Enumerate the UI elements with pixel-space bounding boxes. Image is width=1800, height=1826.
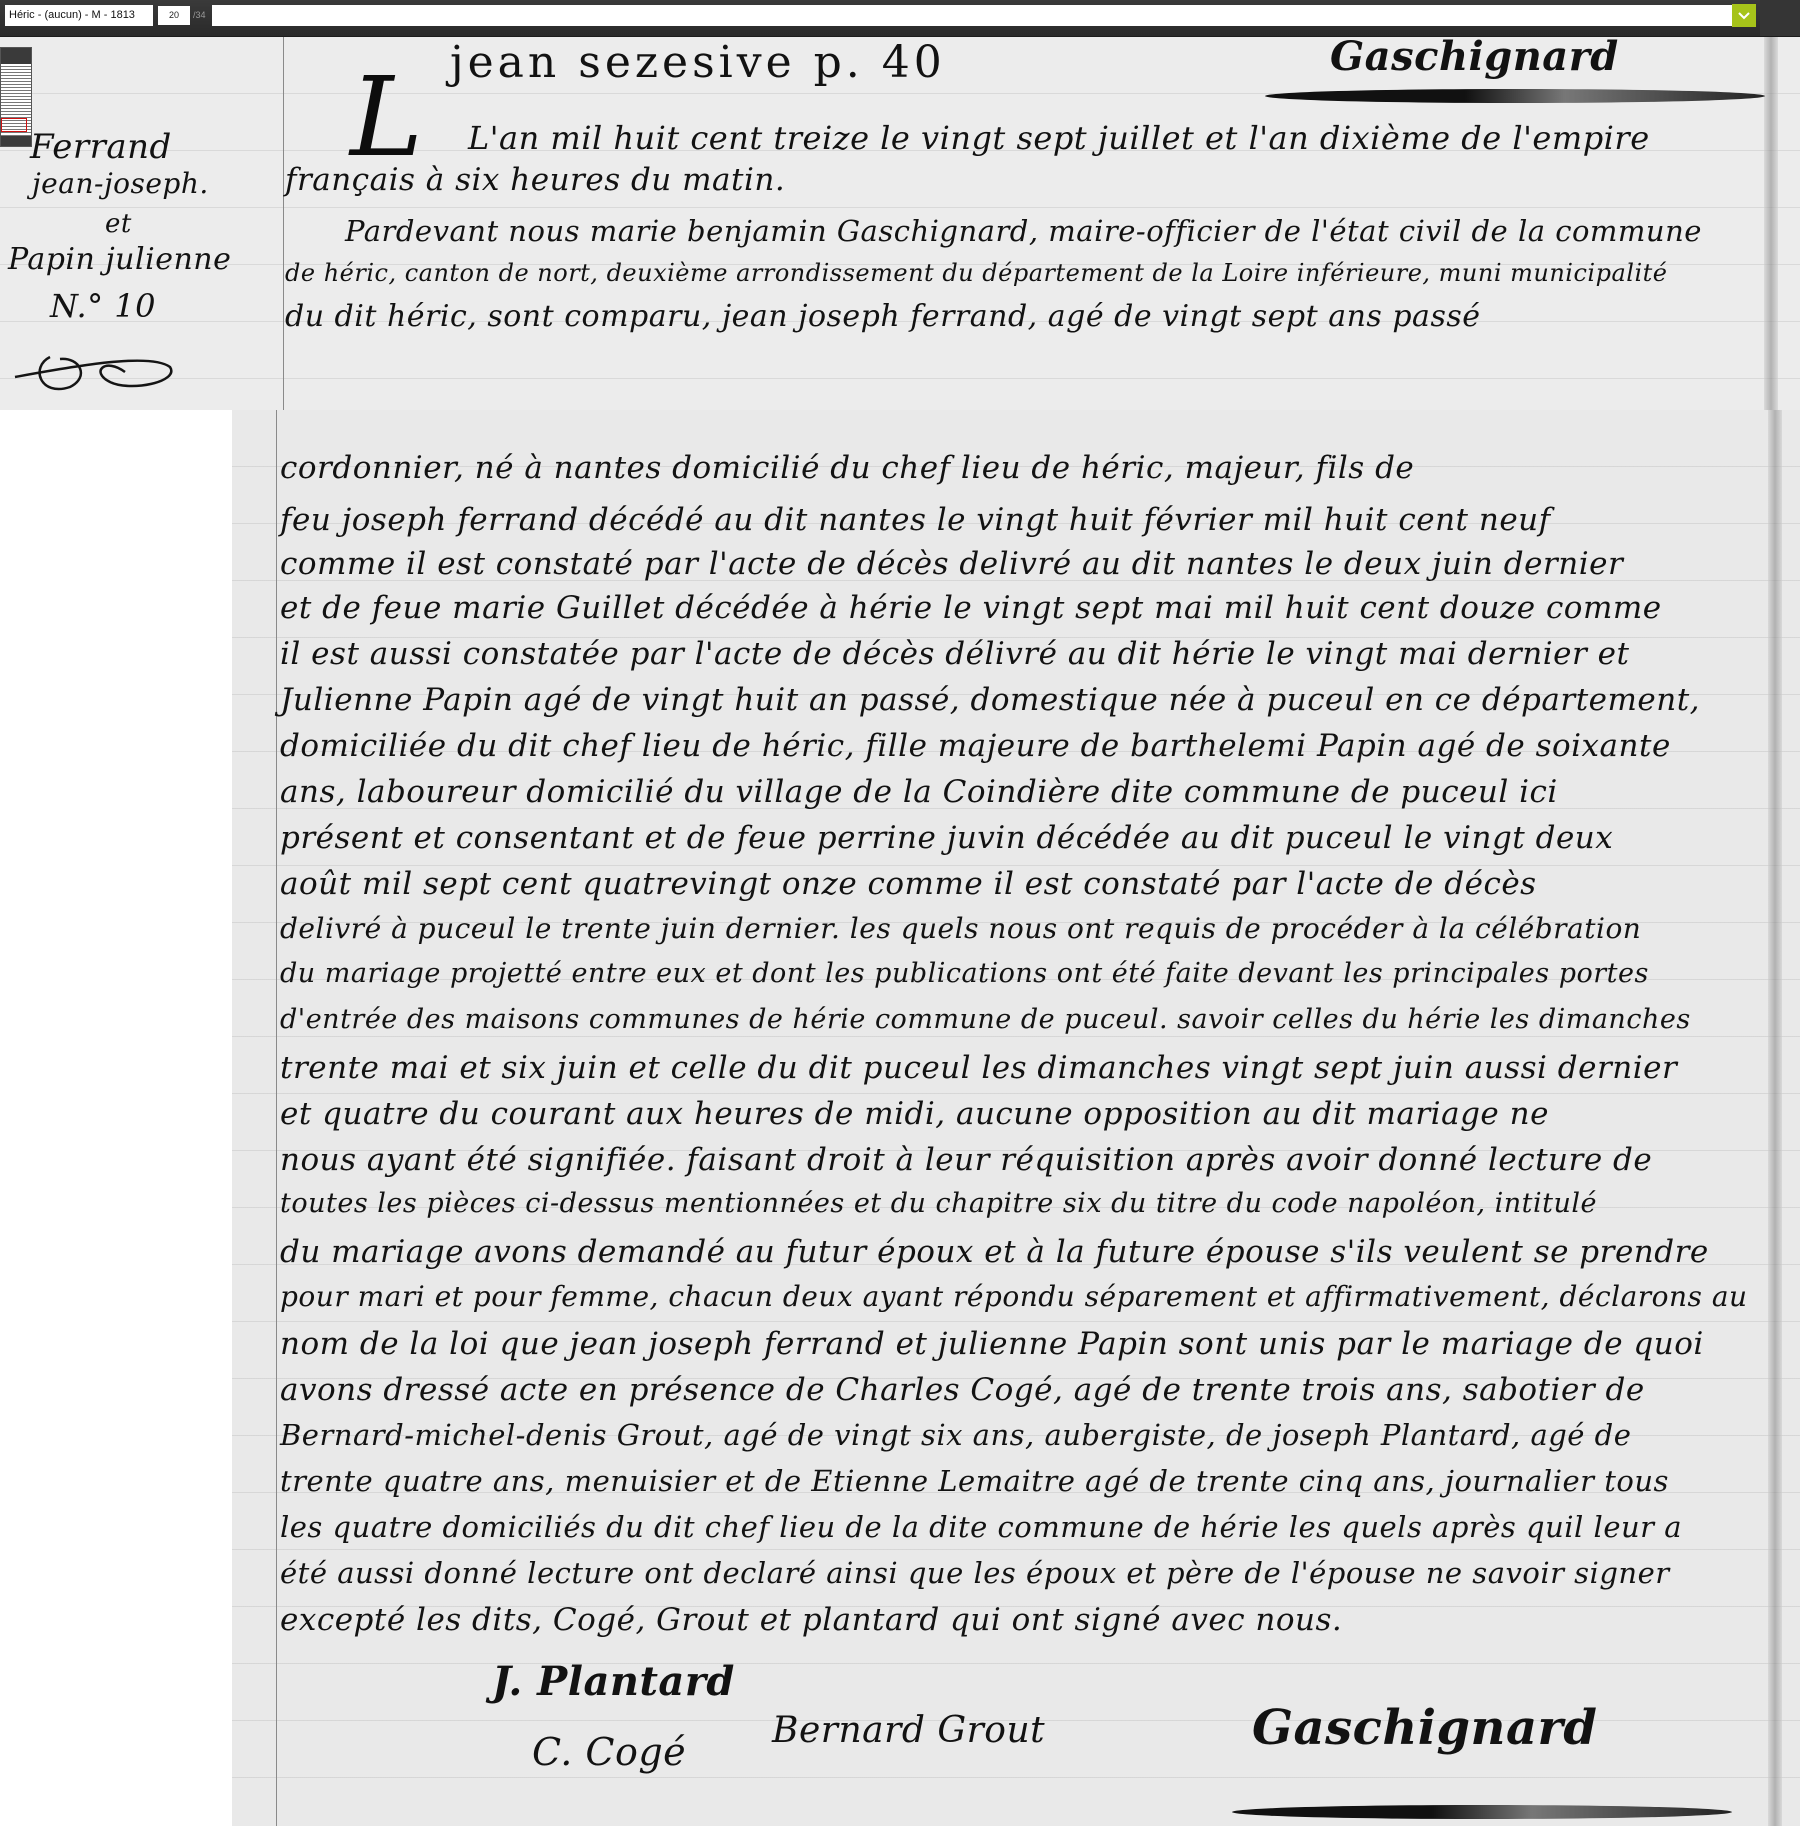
margin-surname-groom: Ferrand [30, 127, 172, 167]
margin-act-number: N.° 10 [50, 287, 156, 325]
text-line-6: cordonnier, né à nantes domicilié du che… [280, 450, 1414, 486]
margin-line [283, 37, 284, 410]
chevron-down-icon [1737, 11, 1751, 21]
text-line-25: nom de la loi que jean joseph ferrand et… [280, 1326, 1704, 1362]
text-line-16: delivré à puceul le trente juin dernier.… [280, 912, 1641, 945]
margin-bride-name: Papin julienne [8, 242, 231, 277]
signature-coge: C. Cogé [532, 1730, 686, 1774]
text-line-2: français à six heures du matin. [285, 162, 785, 198]
page-navigator-thumbnail[interactable] [0, 47, 32, 147]
scan-tile-bottom[interactable]: cordonnier, né à nantes domicilié du che… [232, 410, 1800, 1826]
text-line-11: Julienne Papin agé de vingt huit an pass… [280, 682, 1700, 718]
text-line-21: nous ayant été signifiée. faisant droit … [280, 1142, 1652, 1178]
page-edge-shadow [1764, 37, 1778, 410]
text-line-23: du mariage avons demandé au futur époux … [280, 1234, 1709, 1270]
text-line-9: et de feue marie Guillet décédée à hérie… [280, 590, 1662, 626]
signature-mayor: Gaschignard [1252, 1700, 1597, 1756]
signature-grout: Bernard Grout [772, 1710, 1045, 1751]
header-signature: Gaschignard [1330, 37, 1619, 80]
text-line-27: Bernard-michel-denis Grout, agé de vingt… [280, 1418, 1631, 1452]
text-line-22: toutes les pièces ci-dessus mentionnées … [280, 1188, 1597, 1219]
text-line-4: de héric, canton de nort, deuxième arron… [285, 259, 1667, 287]
text-line-13: ans, laboureur domicilié du village de l… [280, 774, 1558, 810]
text-line-31: excepté les dits, Cogé, Grout et plantar… [280, 1602, 1342, 1638]
ink-blot [1232, 1805, 1732, 1819]
ink-blot [1265, 89, 1765, 103]
margin-line [276, 410, 277, 1826]
margin-et: et [105, 209, 132, 239]
page-edge-shadow [1768, 410, 1782, 1826]
viewer-background [0, 410, 232, 1826]
text-line-15: août mil sept cent quatrevingt onze comm… [280, 866, 1537, 902]
text-line-1: L'an mil huit cent treize le vingt sept … [468, 119, 1650, 157]
navigator-viewport-indicator[interactable] [1, 118, 27, 132]
signature-plantard: J. Plantard [492, 1658, 735, 1705]
text-line-5: du dit héric, sont comparu, jean joseph … [285, 299, 1481, 334]
drop-initial: L [350, 62, 423, 172]
text-line-24: pour mari et pour femme, chacun deux aya… [280, 1280, 1748, 1313]
text-line-28: trente quatre ans, menuisier et de Etien… [280, 1464, 1669, 1498]
text-line-18: d'entrée des maisons communes de hérie c… [280, 1004, 1691, 1035]
margin-firstname-groom: jean-joseph. [32, 167, 209, 200]
text-line-10: il est aussi constatée par l'acte de déc… [280, 636, 1629, 672]
text-line-17: du mariage projetté entre eux et dont le… [280, 958, 1649, 989]
go-button[interactable] [1732, 4, 1756, 27]
header-note: jean sezesive p. 40 [450, 37, 946, 88]
page-number-input[interactable] [158, 6, 190, 25]
text-line-3: Pardevant nous marie benjamin Gaschignar… [345, 214, 1702, 248]
text-line-20: et quatre du courant aux heures de midi,… [280, 1096, 1549, 1132]
text-line-14: présent et consentant et de feue perrine… [280, 820, 1613, 856]
text-line-19: trente mai et six juin et celle du dit p… [280, 1050, 1677, 1086]
flourish-icon [10, 337, 180, 407]
scan-tile-top[interactable]: Ferrand jean-joseph. et Papin julienne N… [0, 37, 1800, 410]
text-line-8: comme il est constaté par l'acte de décè… [280, 546, 1623, 582]
document-title-field[interactable]: Héric - (aucun) - M - 1813 [5, 5, 153, 26]
toolbar-end-spacer [1760, 0, 1800, 36]
text-line-30: été aussi donné lecture ont declaré ains… [280, 1556, 1670, 1590]
search-input[interactable] [212, 5, 1732, 26]
viewer-toolbar: Héric - (aucun) - M - 1813 /34 [0, 0, 1800, 37]
text-line-7: feu joseph ferrand décédé au dit nantes … [280, 502, 1551, 538]
text-line-29: les quatre domiciliés du dit chef lieu d… [280, 1510, 1682, 1544]
text-line-26: avons dressé acte en présence de Charles… [280, 1372, 1645, 1408]
page-total-label: /34 [193, 6, 206, 25]
text-line-12: domiciliée du dit chef lieu de héric, fi… [280, 728, 1671, 764]
